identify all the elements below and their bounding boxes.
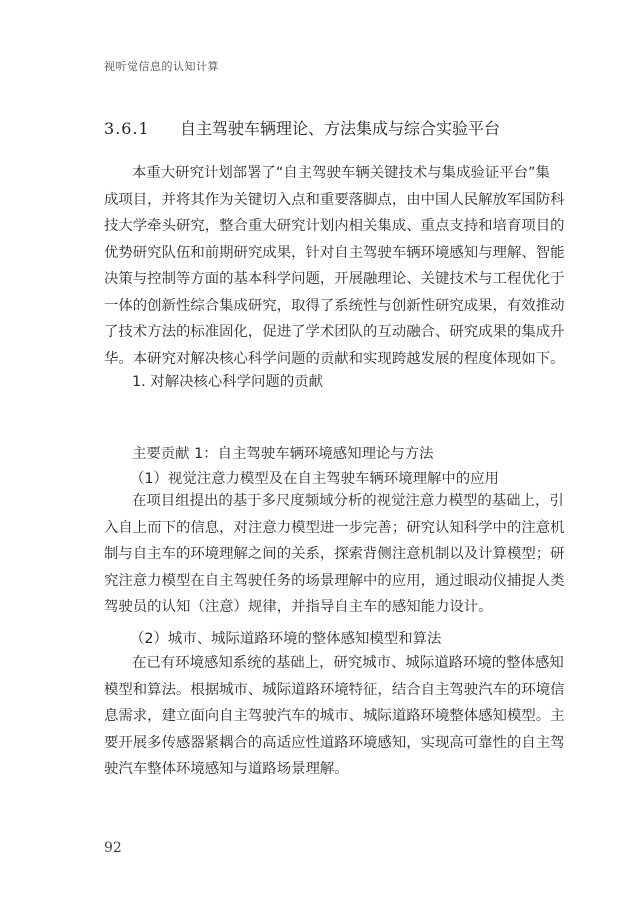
item-2-paragraph: 在已有环境感知系统的基础上，研究城市、城际道路环境的整体感知 模型和算法。根据城…	[104, 650, 548, 783]
paragraph-line: 本重大研究计划部署了“自主驾驶车辆关键技术与集成验证平台”集	[104, 160, 548, 187]
paragraph-line: 驶汽车整体环境感知与道路场景理解。	[104, 756, 548, 783]
page-number: 92	[104, 840, 122, 856]
paragraph-line: 究注意力模型在自主驾驶任务的场景理解中的应用，通过眼动仪捕捉人类	[104, 568, 548, 595]
paragraph-line: 在已有环境感知系统的基础上，研究城市、城际道路环境的整体感知	[104, 650, 548, 677]
paragraph-line: 一体的创新性综合集成研究，取得了系统性与创新性研究成果，有效推动	[104, 293, 548, 320]
paragraph-line: 息需求，建立面向自主驾驶汽车的城市、城际道路环境整体感知模型。主	[104, 703, 548, 730]
section-number: 3.6.1	[104, 119, 180, 138]
contribution-heading: 主要贡献 1：自主驾驶车辆环境感知理论与方法	[132, 442, 434, 463]
running-header: 视听觉信息的认知计算	[104, 58, 219, 74]
paragraph-line: 模型和算法。根据城市、城际道路环境特征，结合自主驾驶汽车的环境信	[104, 677, 548, 704]
section-title: 3.6.1自主驾驶车辆理论、方法集成与综合实验平台	[104, 116, 500, 139]
paragraph-line: 制与自主车的环境理解之间的关系，探索背侧注意机制以及计算模型；研	[104, 541, 548, 568]
item-2-heading: （2）城市、城际道路环境的整体感知模型和算法	[130, 627, 441, 648]
paragraph-line: 要开展多传感器紧耦合的高适应性道路环境感知，实现高可靠性的自主驾	[104, 730, 548, 757]
paragraph-line: 决策与控制等方面的基本科学问题，开展融理论、关键技术与工程优化于	[104, 266, 548, 293]
paragraph-line: 驾驶员的认知（注意）规律，并指导自主车的感知能力设计。	[104, 594, 548, 621]
section-title-text: 自主驾驶车辆理论、方法集成与综合实验平台	[180, 119, 500, 138]
paragraph-line: 优势研究队伍和前期研究成果，针对自主驾驶车辆环境感知与理解、智能	[104, 240, 548, 267]
item-1-paragraph: 在项目组提出的基于多尺度频域分析的视觉注意力模型的基础上，引 入自上而下的信息，…	[104, 488, 548, 621]
paragraph-line: 成项目，并将其作为关键切入点和重要落脚点，由中国人民解放军国防科	[104, 187, 548, 214]
intro-paragraph: 本重大研究计划部署了“自主驾驶车辆关键技术与集成验证平台”集 成项目，并将其作为…	[104, 160, 548, 372]
subsection-heading: 1. 对解决核心科学问题的贡献	[132, 370, 323, 391]
paragraph-line: 了技术方法的标准固化，促进了学术团队的互动融合、研究成果的集成升	[104, 319, 548, 346]
paragraph-line: 在项目组提出的基于多尺度频域分析的视觉注意力模型的基础上，引	[104, 488, 548, 515]
paragraph-line: 入自上而下的信息，对注意力模型进一步完善；研究认知科学中的注意机	[104, 515, 548, 542]
item-1-heading: （1）视觉注意力模型及在自主驾驶车辆环境理解中的应用	[130, 467, 499, 488]
paragraph-line: 华。本研究对解决核心科学问题的贡献和实现跨越发展的程度体现如下。	[104, 346, 548, 373]
paragraph-line: 技大学牵头研究，整合重大研究计划内相关集成、重点支持和培育项目的	[104, 213, 548, 240]
